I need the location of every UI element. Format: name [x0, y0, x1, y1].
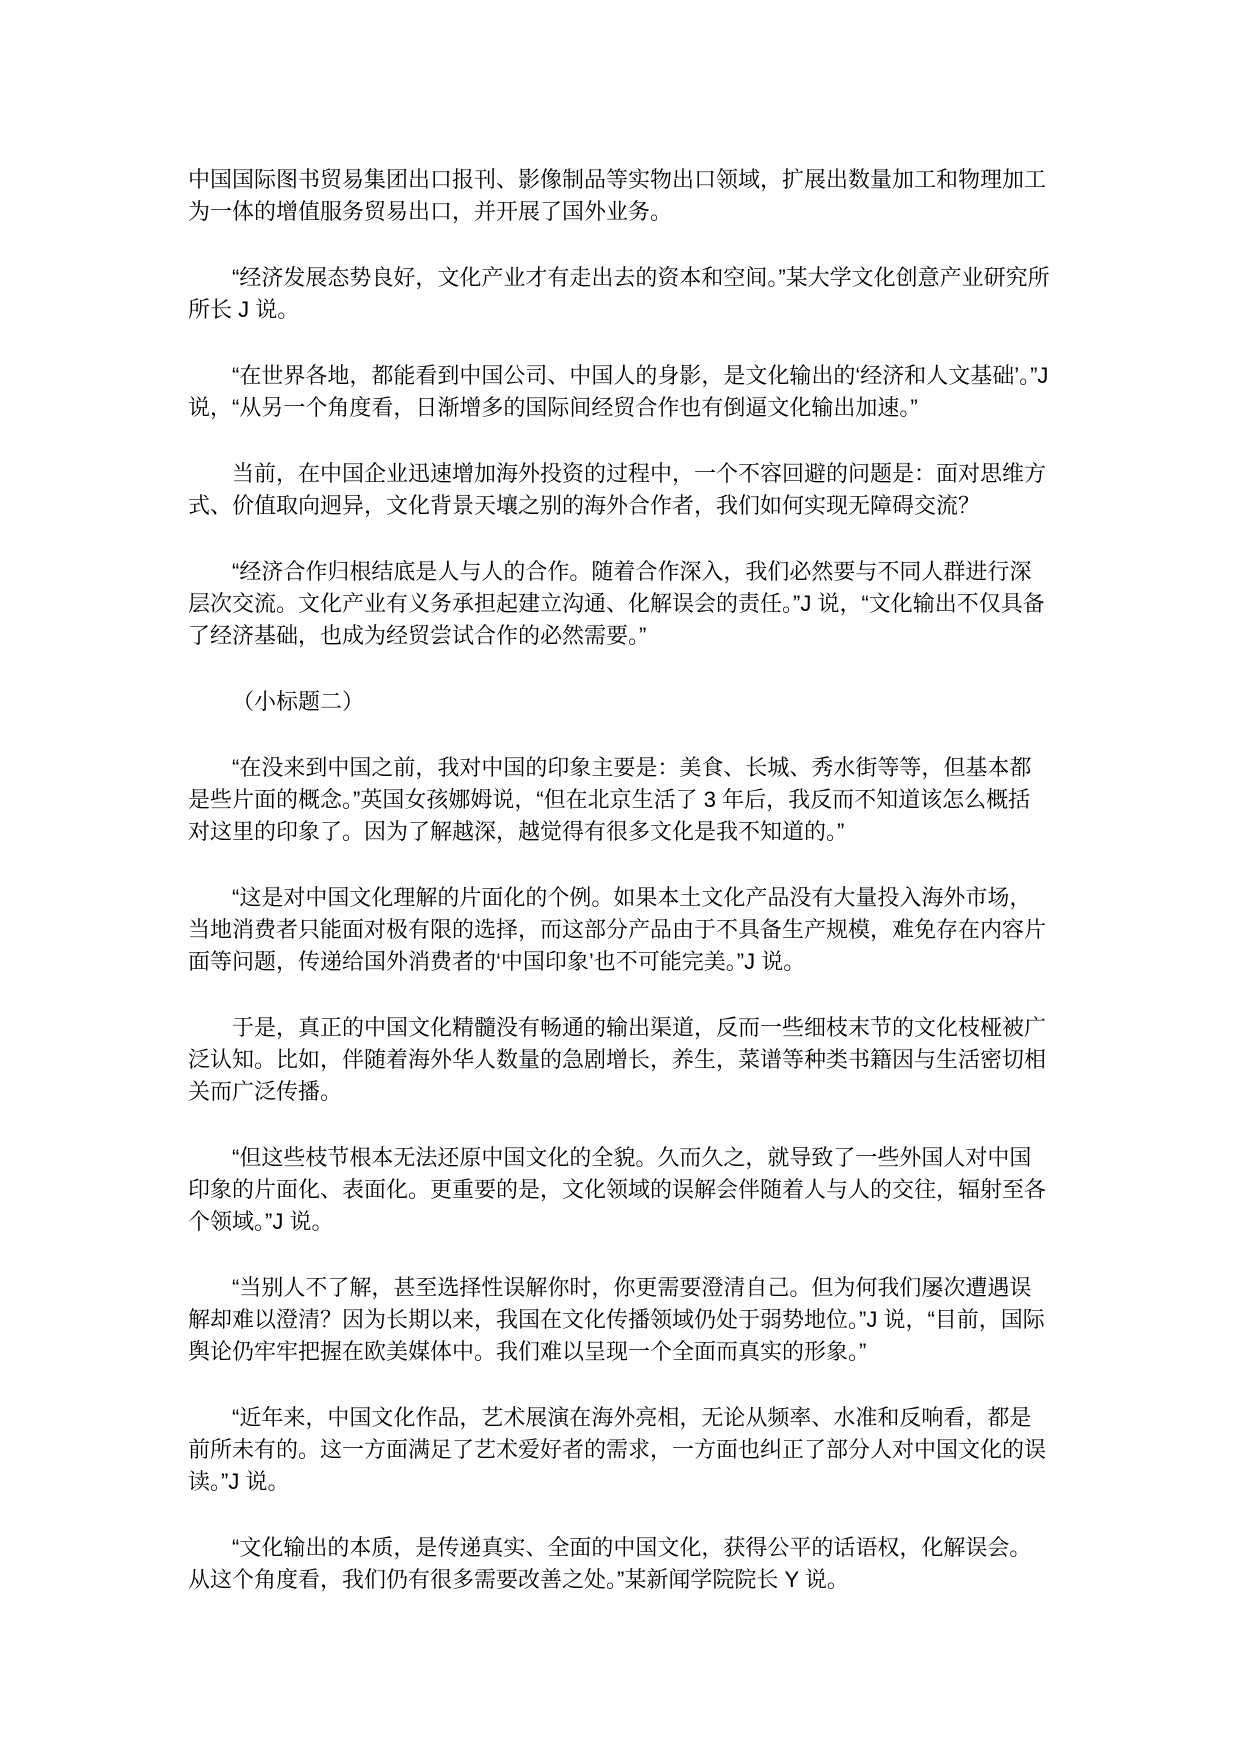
- paragraph-5: “经济合作归根结底是人与人的合作。随着合作深入，我们必然要与不同人群进行深层次交…: [188, 556, 1052, 652]
- paragraph-1: 中国国际图书贸易集团出口报刊、影像制品等实物出口领域，扩展出数量加工和物理加工为…: [188, 164, 1052, 228]
- paragraph-3: “在世界各地，都能看到中国公司、中国人的身影，是文化输出的‘经济和人文基础’。”…: [188, 360, 1052, 424]
- paragraph-7: “在没来到中国之前，我对中国的印象主要是：美食、长城、秀水街等等，但基本都是些片…: [188, 752, 1052, 848]
- document-text-block: 中国国际图书贸易集团出口报刊、影像制品等实物出口领域，扩展出数量加工和物理加工为…: [188, 164, 1052, 1630]
- paragraph-12: “近年来，中国文化作品，艺术展演在海外亮相，无论从频率、水准和反响看，都是前所未…: [188, 1402, 1052, 1498]
- paragraph-2: “经济发展态势良好，文化产业才有走出去的资本和空间。”某大学文化创意产业研究所所…: [188, 262, 1052, 326]
- paragraph-11: “当别人不了解，甚至选择性误解你时，你更需要澄清自己。但为何我们屡次遭遇误解却难…: [188, 1272, 1052, 1368]
- subtitle-two-marker: （小标题二）: [188, 686, 1052, 718]
- document-page: 中国国际图书贸易集团出口报刊、影像制品等实物出口领域，扩展出数量加工和物理加工为…: [0, 0, 1240, 1754]
- paragraph-13: “文化输出的本质，是传递真实、全面的中国文化，获得公平的话语权，化解误会。从这个…: [188, 1532, 1052, 1596]
- paragraph-10: “但这些枝节根本无法还原中国文化的全貌。久而久之，就导致了一些外国人对中国印象的…: [188, 1142, 1052, 1238]
- paragraph-4: 当前，在中国企业迅速增加海外投资的过程中，一个不容回避的问题是：面对思维方式、价…: [188, 458, 1052, 522]
- paragraph-8: “这是对中国文化理解的片面化的个例。如果本土文化产品没有大量投入海外市场，当地消…: [188, 882, 1052, 978]
- paragraph-9: 于是，真正的中国文化精髓没有畅通的输出渠道，反而一些细枝末节的文化枝桠被广泛认知…: [188, 1012, 1052, 1108]
